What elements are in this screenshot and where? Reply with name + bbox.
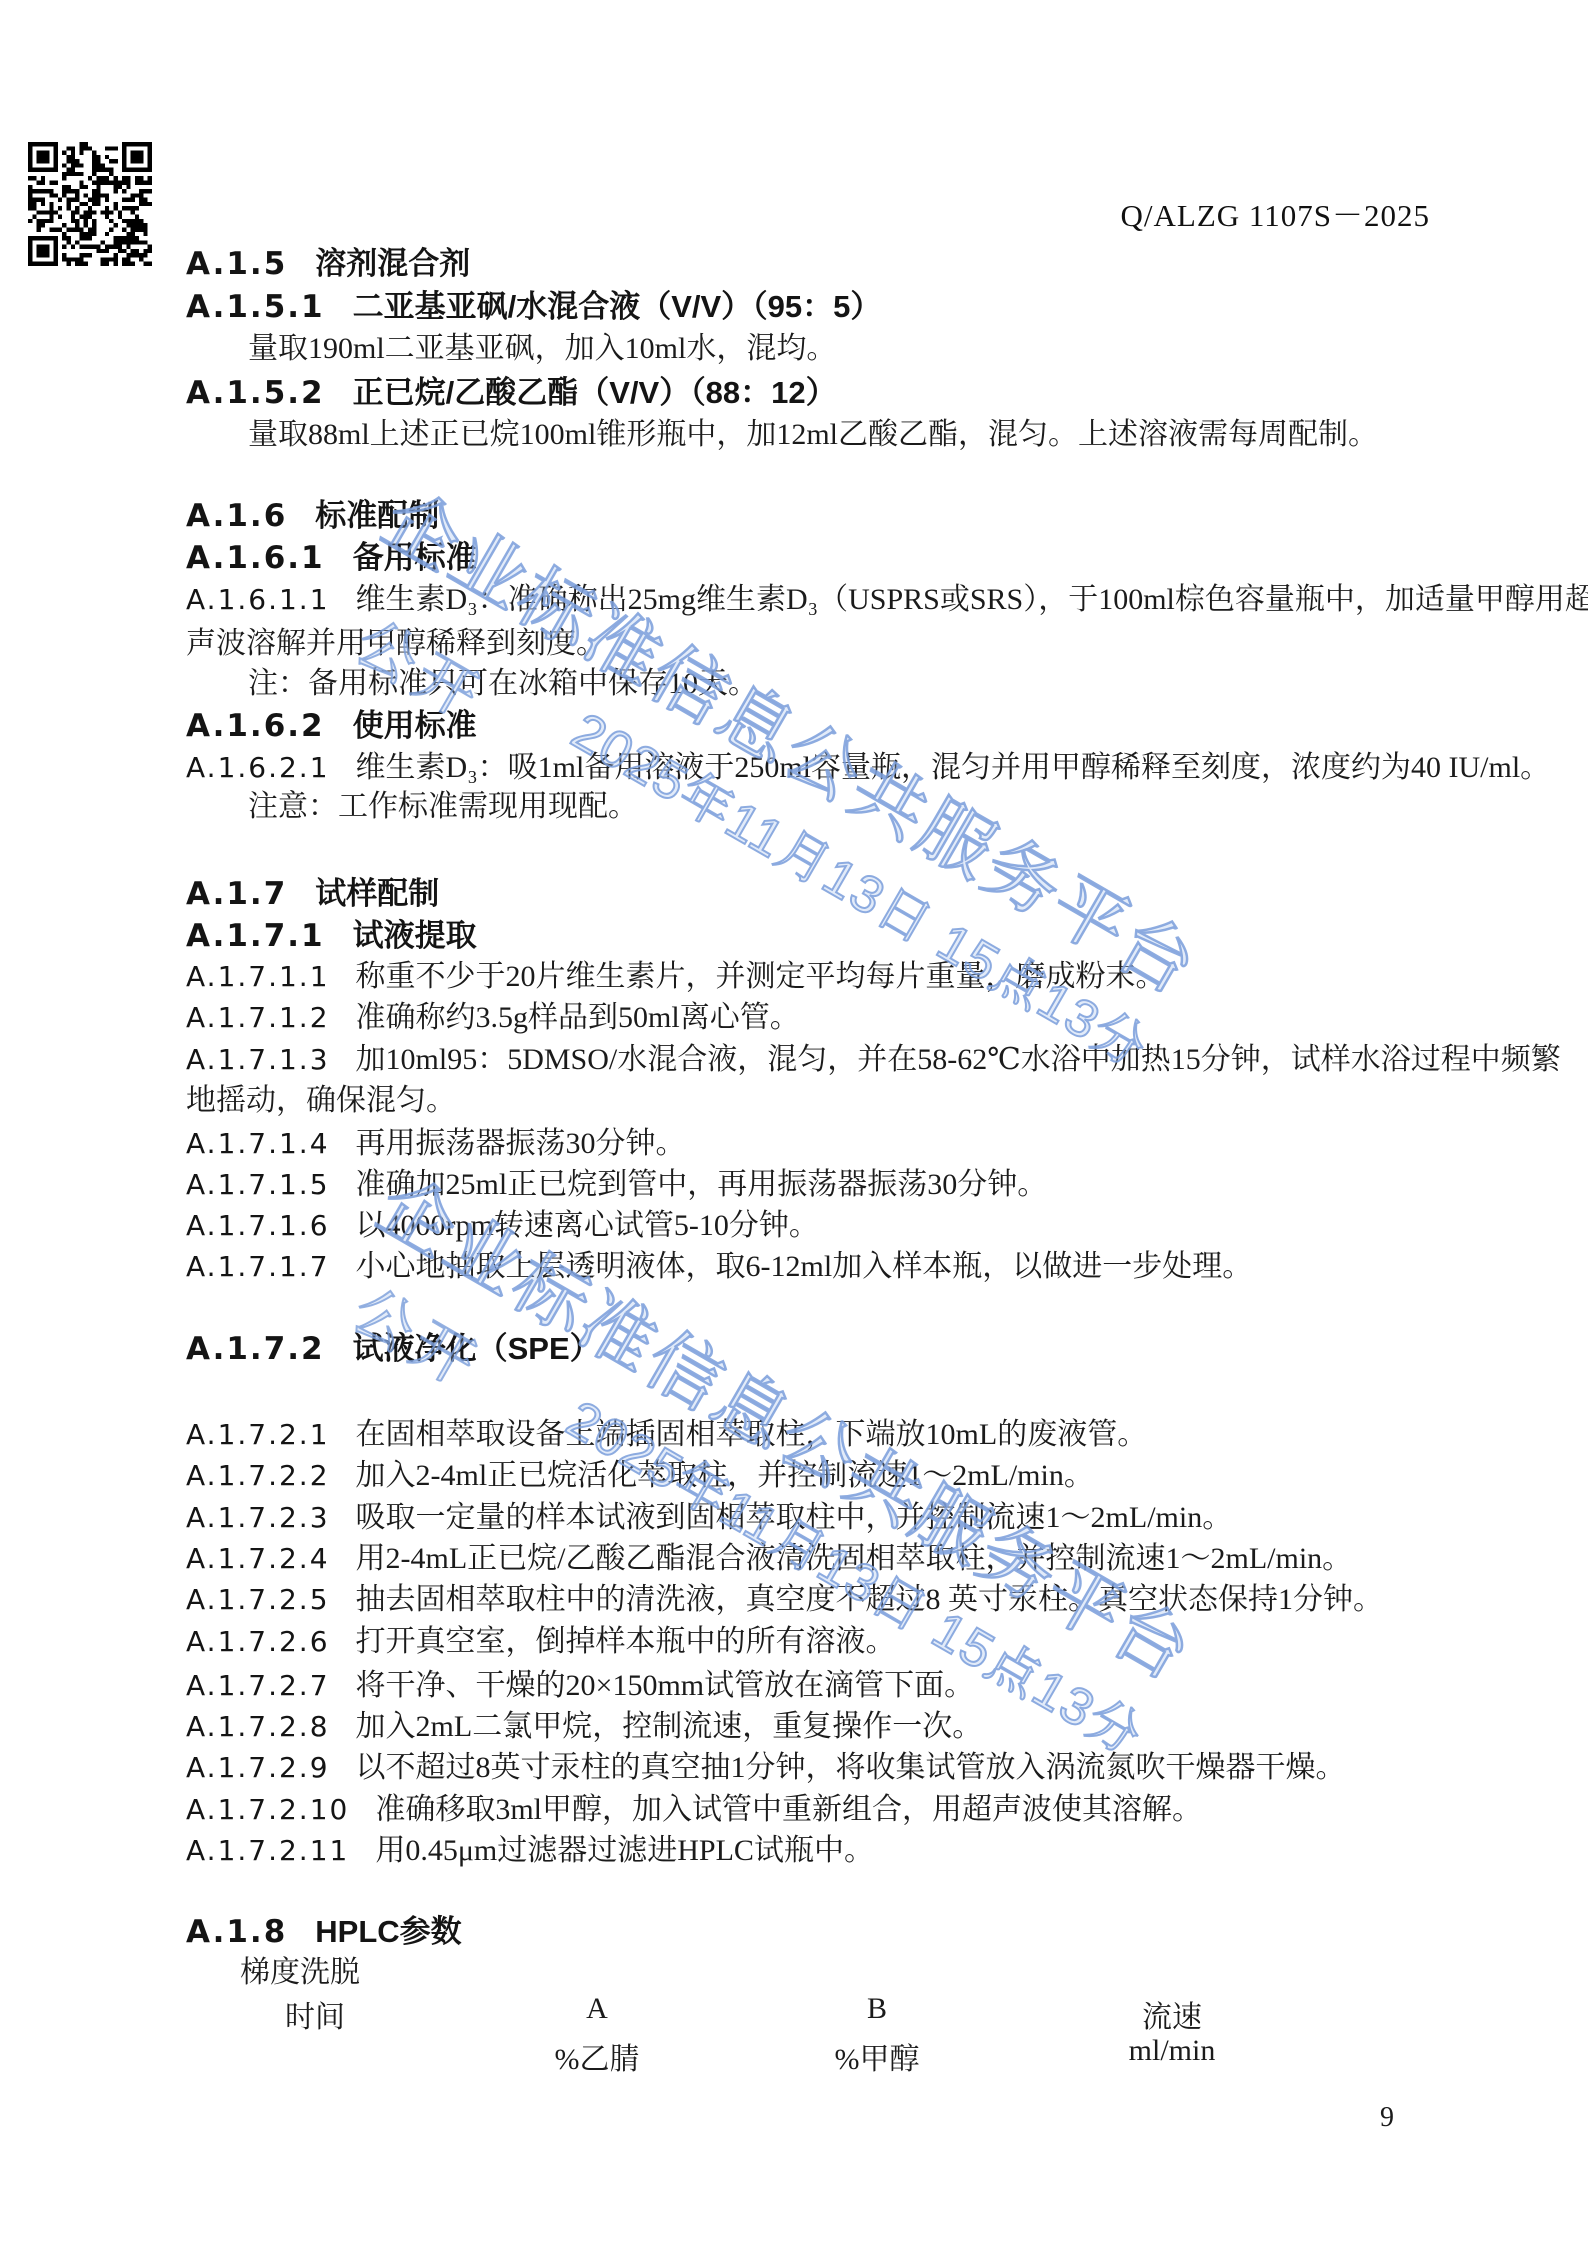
item-number: A.1.7.2.1: [186, 1418, 330, 1451]
hplc-col-b-subheader: %甲醇: [835, 2034, 920, 2078]
section-title: 试液净化（SPE）: [353, 1331, 601, 1366]
section-title: 试样配制: [315, 876, 439, 911]
section-heading-a162: A.1.6.2使用标准: [186, 700, 477, 745]
numbered-item: A.1.7.2.4用2-4mL正已烷/乙酸乙酯混合液清洗固相萃取柱，并控制流速1…: [186, 1533, 1352, 1577]
section-heading-a15: A.1.5溶剂混合剂: [186, 238, 470, 283]
hplc-col-a-subheader: %乙腈: [555, 2034, 640, 2078]
continuation-line: 声波溶解并用甲醇稀释到刻度。: [186, 618, 606, 662]
numbered-item: A.1.7.2.10准确移取3ml甲醇，加入试管中重新组合，用超声波使其溶解。: [186, 1784, 1202, 1828]
item-number: A.1.7.2.2: [186, 1459, 330, 1492]
item-number: A.1.7.1.7: [186, 1250, 330, 1283]
section-heading-a172: A.1.7.2试液净化（SPE）: [186, 1323, 601, 1368]
page-number: 9: [1380, 2102, 1394, 2134]
doc-number: Q/ALZG 1107S－2025: [1121, 190, 1431, 235]
numbered-item: A.1.7.1.4再用振荡器振荡30分钟。: [186, 1118, 686, 1162]
item-text: 打开真空室，倒掉样本瓶中的所有溶液。: [356, 1625, 896, 1658]
hplc-col-time-header: 时间: [285, 1992, 345, 2036]
item-text: 将干净、干燥的20×150mm试管放在滴管下面。: [356, 1669, 975, 1702]
numbered-item: A.1.7.2.11用0.45μm过滤器过滤进HPLC试瓶中。: [186, 1825, 874, 1869]
item-number: A.1.7.2.10: [186, 1793, 349, 1826]
section-title: HPLC参数: [315, 1914, 461, 1949]
numbered-item: A.1.7.2.7将干净、干燥的20×150mm试管放在滴管下面。: [186, 1660, 974, 1704]
item-number: A.1.7.2.8: [186, 1710, 330, 1743]
item-text: 准确称约3.5g样品到50ml离心管。: [356, 1001, 800, 1034]
gradient-elution-label: 梯度洗脱: [240, 1947, 360, 1991]
section-number: A.1.7.1: [186, 918, 325, 954]
numbered-item: A.1.7.1.5准确加25ml正已烷到管中，再用振荡器振荡30分钟。: [186, 1159, 1047, 1203]
section-number: A.1.6.2: [186, 708, 325, 744]
item-text: 加10ml95：5DMSO/水混合液，混匀，并在58-62℃水浴中加热15分钟，…: [356, 1043, 1561, 1076]
item-text: 吸取一定量的样本试液到固相萃取柱中，并控制流速1～2mL/min。: [356, 1501, 1233, 1534]
section-number: A.1.6.1: [186, 540, 325, 576]
item-number: A.1.7.2.4: [186, 1542, 330, 1575]
item-number: A.1.7.1.3: [186, 1043, 330, 1076]
item-number: A.1.7.1.6: [186, 1209, 330, 1242]
item-text: 在固相萃取设备上端插固相萃取柱，下端放10mL的废液管。: [356, 1418, 1148, 1451]
item-number: A.1.7.1.2: [186, 1001, 330, 1034]
section-heading-a18: A.1.8HPLC参数: [186, 1906, 462, 1951]
numbered-item: A.1.7.1.6以4000rpm转速离心试管5-10分钟。: [186, 1200, 819, 1244]
section-number: A.1.5: [186, 246, 287, 282]
numbered-item: A.1.7.2.2加入2-4ml正已烷活化萃取柱，并控制流速1～2mL/min。: [186, 1450, 1094, 1494]
section-title: 备用标准: [353, 540, 477, 575]
hplc-col-flow-subheader: ml/min: [1129, 2034, 1216, 2068]
section-heading-a171: A.1.7.1试液提取: [186, 910, 477, 955]
section-heading-a151: A.1.5.1二亚基亚砜/水混合液（V/V）（95：5）: [186, 281, 881, 326]
section-title: 试液提取: [353, 918, 477, 953]
document-page: Q/ALZG 1107S－2025 企业标准信息公共服务平台 2025年11月1…: [0, 0, 1588, 2245]
section-title: 使用标准: [353, 708, 477, 743]
hplc-col-b-header: B: [867, 1992, 887, 2026]
section-title: 标准配制: [315, 498, 439, 533]
hplc-col-flow-header: 流速: [1142, 1992, 1202, 2036]
numbered-item: A.1.6.1.1维生素D₃：准确称出25mg维生素D₃（USPRS或SRS），…: [186, 574, 1588, 618]
section-number: A.1.5.2: [186, 375, 325, 411]
item-text: 用0.45μm过滤器过滤进HPLC试瓶中。: [375, 1834, 874, 1867]
item-number: A.1.7.2.5: [186, 1583, 330, 1616]
item-text: 维生素D₃：吸1ml备用溶液于250ml容量瓶，混匀并用甲醇稀释至刻度，浓度约为…: [356, 751, 1551, 784]
section-number: A.1.8: [186, 1914, 287, 1950]
numbered-item: A.1.7.1.1称重不少于20片维生素片，并测定平均每片重量，磨成粉末。: [186, 951, 1166, 995]
section-heading-a17: A.1.7试样配制: [186, 868, 439, 913]
section-heading-a16: A.1.6标准配制: [186, 490, 439, 535]
paragraph: 量取190ml二亚基亚砜，加入10ml水，混均。: [248, 323, 836, 367]
note-line: 注意：工作标准需现用现配。: [248, 781, 638, 825]
qr-code: [28, 142, 152, 266]
section-heading-a161: A.1.6.1备用标准: [186, 532, 477, 577]
numbered-item: A.1.7.1.3加10ml95：5DMSO/水混合液，混匀，并在58-62℃水…: [186, 1034, 1561, 1078]
section-number: A.1.7: [186, 876, 287, 912]
note-line: 注：备用标准只可在冰箱中保存10天。: [248, 658, 758, 702]
section-title: 溶剂混合剂: [315, 246, 470, 281]
qr-code-image: [28, 142, 152, 266]
item-number: A.1.7.1.1: [186, 960, 330, 993]
item-text: 抽去固相萃取柱中的清洗液，真空度不超过8 英寸汞柱。真空状态保持1分钟。: [356, 1583, 1384, 1616]
item-number: A.1.6.1.1: [186, 583, 330, 616]
section-number: A.1.6: [186, 498, 287, 534]
item-text: 准确加25ml正已烷到管中，再用振荡器振荡30分钟。: [356, 1168, 1048, 1201]
numbered-item: A.1.7.2.5抽去固相萃取柱中的清洗液，真空度不超过8 英寸汞柱。真空状态保…: [186, 1574, 1383, 1618]
numbered-item: A.1.7.2.6打开真空室，倒掉样本瓶中的所有溶液。: [186, 1616, 896, 1660]
item-number: A.1.7.2.7: [186, 1669, 330, 1702]
continuation-line: 地摇动，确保混匀。: [186, 1075, 456, 1119]
item-text: 再用振荡器振荡30分钟。: [356, 1127, 686, 1160]
numbered-item: A.1.7.2.9以不超过8英寸汞柱的真空抽1分钟，将收集试管放入涡流氮吹干燥器…: [186, 1742, 1346, 1786]
item-text: 以4000rpm转速离心试管5-10分钟。: [356, 1209, 819, 1242]
item-text: 加入2-4ml正已烷活化萃取柱，并控制流速1～2mL/min。: [356, 1459, 1094, 1492]
item-text: 小心地抽取上层透明液体，取6-12ml加入样本瓶，以做进一步处理。: [356, 1250, 1253, 1283]
item-number: A.1.7.2.9: [186, 1751, 330, 1784]
item-text: 加入2mL二氯甲烷，控制流速，重复操作一次。: [356, 1710, 983, 1743]
item-text: 用2-4mL正已烷/乙酸乙酯混合液清洗固相萃取柱，并控制流速1～2mL/min。: [356, 1542, 1353, 1575]
section-heading-a152: A.1.5.2正已烷/乙酸乙酯（V/V）（88：12）: [186, 367, 837, 412]
paragraph: 量取88ml上述正已烷100ml锥形瓶中，加12ml乙酸乙酯，混匀。上述溶液需每…: [248, 409, 1378, 453]
section-number: A.1.7.2: [186, 1331, 325, 1367]
item-number: A.1.7.1.4: [186, 1127, 330, 1160]
hplc-col-a-header: A: [586, 1992, 608, 2026]
section-title: 二亚基亚砜/水混合液（V/V）（95：5）: [353, 289, 882, 324]
numbered-item: A.1.7.2.8加入2mL二氯甲烷，控制流速，重复操作一次。: [186, 1701, 982, 1745]
section-title: 正已烷/乙酸乙酯（V/V）（88：12）: [353, 375, 837, 410]
item-number: A.1.7.1.5: [186, 1168, 330, 1201]
numbered-item: A.1.7.2.1在固相萃取设备上端插固相萃取柱，下端放10mL的废液管。: [186, 1409, 1147, 1453]
item-text: 维生素D₃：准确称出25mg维生素D₃（USPRS或SRS），于100ml棕色容…: [356, 583, 1588, 616]
item-text: 称重不少于20片维生素片，并测定平均每片重量，磨成粉末。: [356, 960, 1166, 993]
item-number: A.1.7.2.3: [186, 1501, 330, 1534]
section-number: A.1.5.1: [186, 289, 325, 325]
item-number: A.1.6.2.1: [186, 751, 330, 784]
numbered-item: A.1.7.2.3吸取一定量的样本试液到固相萃取柱中，并控制流速1～2mL/mi…: [186, 1492, 1232, 1536]
item-text: 准确移取3ml甲醇，加入试管中重新组合，用超声波使其溶解。: [375, 1793, 1202, 1826]
numbered-item: A.1.7.1.7小心地抽取上层透明液体，取6-12ml加入样本瓶，以做进一步处…: [186, 1241, 1252, 1285]
watermark-platform: 企业标准信息公共服务平台: [367, 462, 1220, 1016]
item-text: 以不超过8英寸汞柱的真空抽1分钟，将收集试管放入涡流氮吹干燥器干燥。: [356, 1751, 1346, 1784]
numbered-item: A.1.7.1.2准确称约3.5g样品到50ml离心管。: [186, 992, 800, 1036]
item-number: A.1.7.2.11: [186, 1834, 349, 1867]
numbered-item: A.1.6.2.1维生素D₃：吸1ml备用溶液于250ml容量瓶，混匀并用甲醇稀…: [186, 742, 1550, 786]
item-number: A.1.7.2.6: [186, 1625, 330, 1658]
